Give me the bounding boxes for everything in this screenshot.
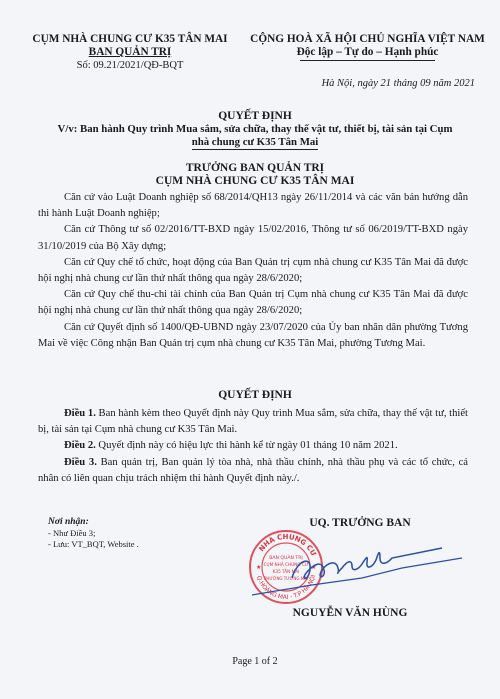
issuer-block: CỤM NHÀ CHUNG CƯ K35 TÂN MAI BAN QUẢN TR…	[30, 33, 230, 72]
authority-line-2: CỤM NHÀ CHUNG CƯ K35 TÂN MAI	[30, 175, 480, 188]
signer-title: UQ. TRƯỞNG BAN	[260, 517, 460, 529]
basis-item: Căn cứ vào Luật Doanh nghiệp số 68/2014/…	[38, 190, 468, 222]
articles: Điều 1. Ban hành kèm theo Quyết định này…	[38, 406, 468, 487]
basis-item: Căn cứ Quyết định số 1400/QĐ-UBND ngày 2…	[38, 320, 468, 352]
document-number: Số: 09.21/2021/QĐ-BQT	[30, 59, 230, 72]
signer-name: NGUYỄN VĂN HÙNG	[260, 607, 440, 619]
authority-line-1: TRƯỞNG BAN QUẢN TRỊ	[30, 162, 480, 175]
subject-line-1: V/v: Ban hành Quy trình Mua sắm, sửa chữ…	[30, 123, 480, 136]
recipient-item: - Như Điều 3;	[48, 528, 139, 539]
legal-bases: Căn cứ vào Luật Doanh nghiệp số 68/2014/…	[38, 190, 468, 352]
article-3: Điều 3. Ban quản trị, Ban quản lý tòa nh…	[38, 455, 468, 487]
subject-line-2: nhà chung cư K35 Tân Mai	[192, 136, 319, 150]
place-date: Hà Nội, ngày 21 tháng 09 năm 2021	[250, 78, 475, 89]
article-1: Điều 1. Ban hành kèm theo Quyết định này…	[38, 406, 468, 438]
decision-heading: QUYẾT ĐỊNH	[30, 389, 480, 401]
org-board: BAN QUẢN TRỊ	[30, 46, 230, 59]
basis-item: Căn cứ Thông tư số 02/2016/TT-BXD ngày 1…	[38, 222, 468, 254]
document-page: CỤM NHÀ CHUNG CƯ K35 TÂN MAI BAN QUẢN TR…	[0, 0, 500, 699]
basis-item: Căn cứ Quy chế tổ chức, hoạt động của Ba…	[38, 255, 468, 287]
recipients-title: Nơi nhận:	[48, 517, 139, 528]
recipients-block: Nơi nhận: - Như Điều 3; - Lưu: VT_BQT, W…	[48, 517, 139, 550]
country-name: CỘNG HOÀ XÃ HỘI CHỦ NGHĨA VIỆT NAM	[250, 33, 485, 46]
handwritten-signature-icon	[252, 540, 472, 600]
article-2: Điều 2. Quyết định này có hiệu lực thi h…	[38, 438, 468, 454]
document-title: QUYẾT ĐỊNH V/v: Ban hành Quy trình Mua s…	[30, 110, 480, 150]
page-number: Page 1 of 2	[180, 656, 330, 667]
org-name: CỤM NHÀ CHUNG CƯ K35 TÂN MAI	[30, 33, 230, 46]
recipient-item: - Lưu: VT_BQT, Website .	[48, 539, 139, 550]
motto: Độc lập – Tự do – Hạnh phúc	[250, 46, 485, 59]
issuing-authority: TRƯỞNG BAN QUẢN TRỊ CỤM NHÀ CHUNG CƯ K35…	[30, 162, 480, 188]
motto-underline	[300, 60, 435, 61]
basis-item: Căn cứ Quy chế thu-chi tài chính của Ban…	[38, 287, 468, 319]
national-header: CỘNG HOÀ XÃ HỘI CHỦ NGHĨA VIỆT NAM Độc l…	[250, 33, 485, 61]
title-heading: QUYẾT ĐỊNH	[30, 110, 480, 123]
